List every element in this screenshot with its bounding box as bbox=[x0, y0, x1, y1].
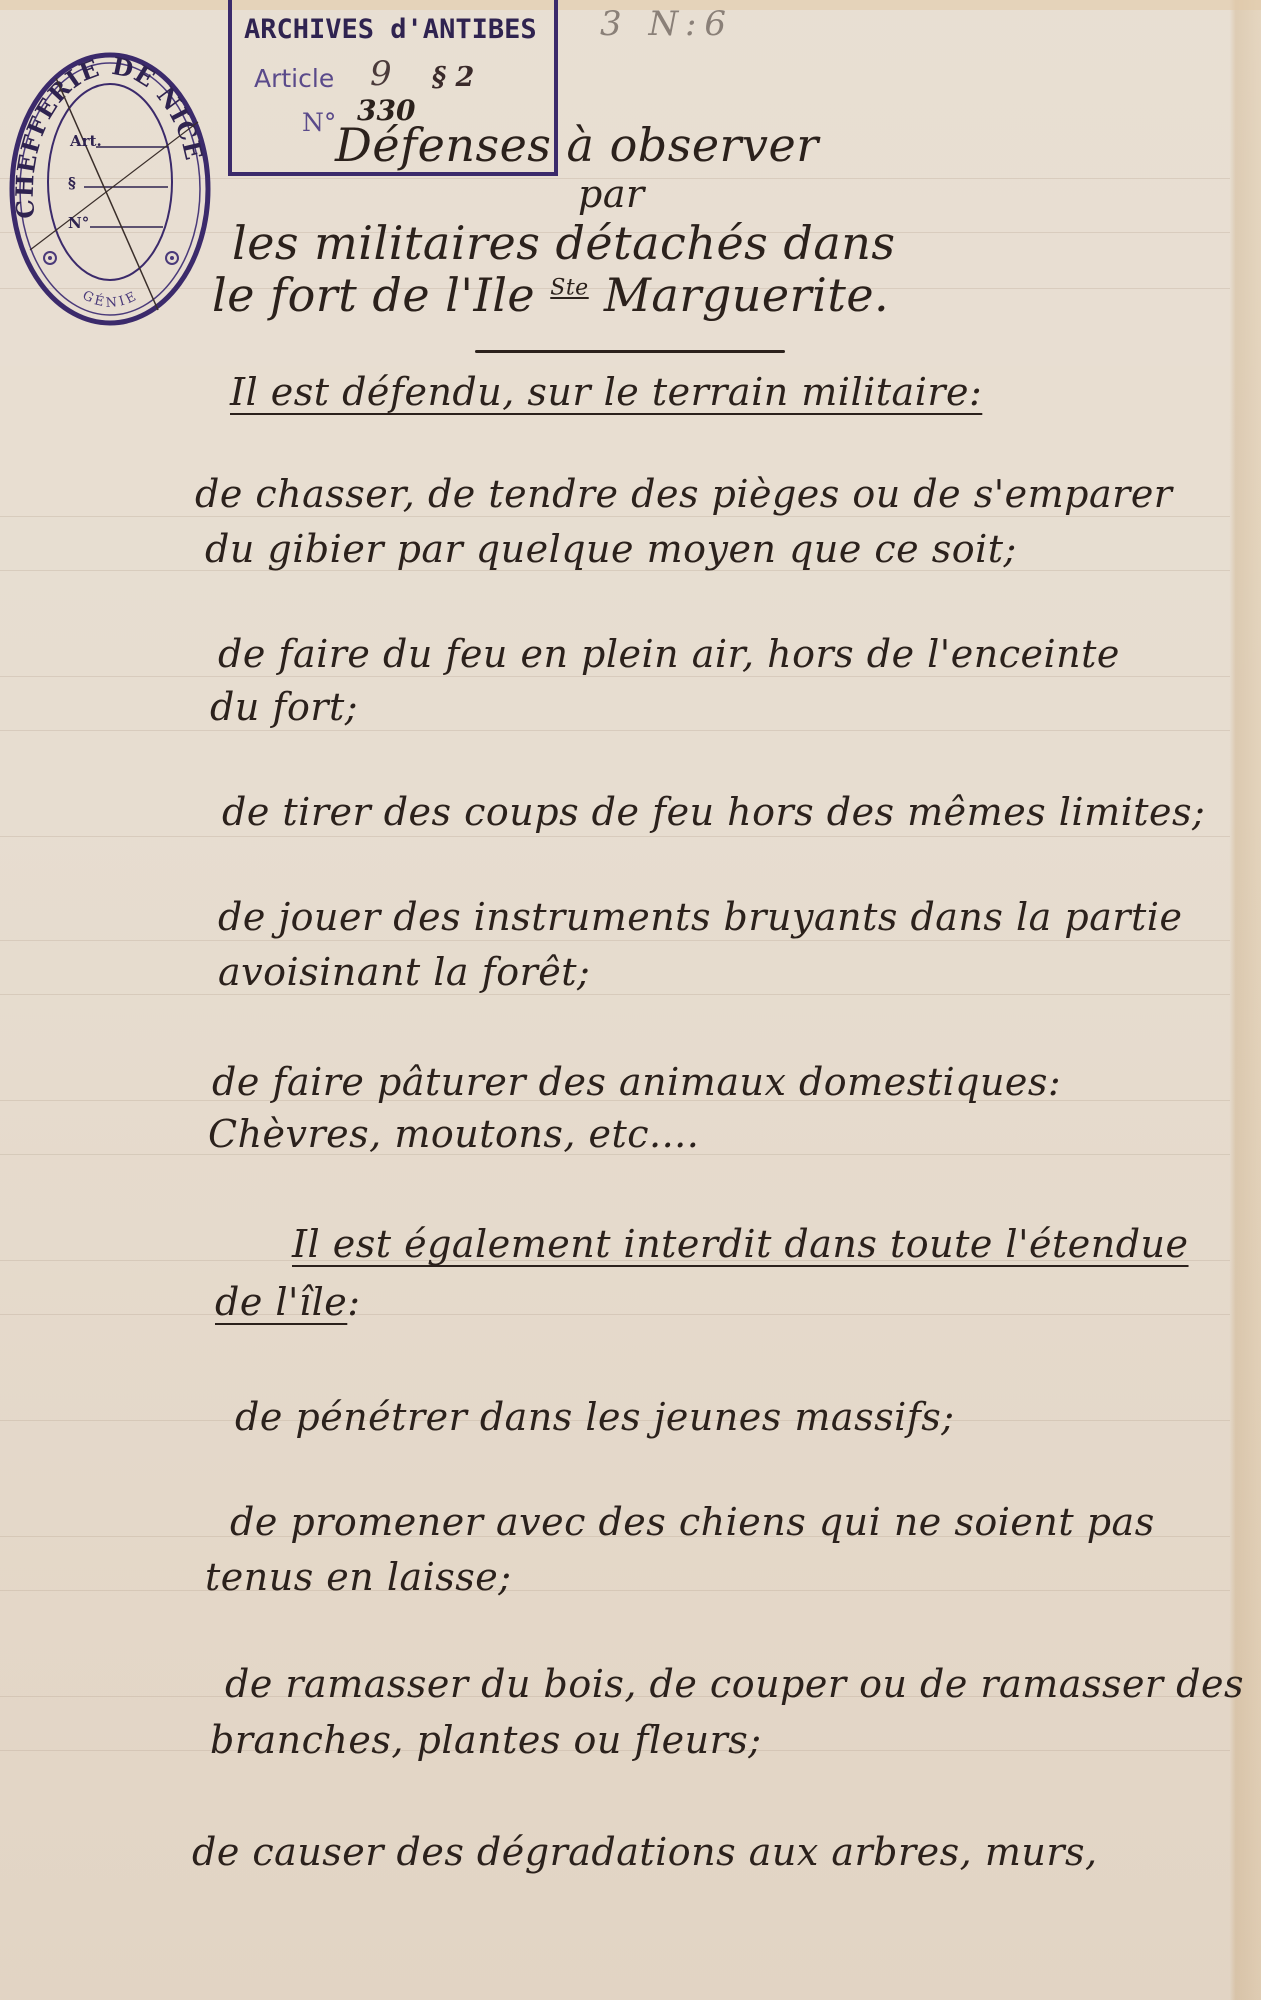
paragraph-sign: § bbox=[432, 62, 446, 93]
section-2-heading-line-2: de l'île: bbox=[215, 1280, 361, 1324]
title-line-2: par bbox=[578, 172, 645, 216]
section-1-item-5-line-2: Chèvres, moutons, etc.... bbox=[208, 1112, 699, 1156]
section-2-heading-line-1: Il est également interdit dans toute l'é… bbox=[292, 1222, 1189, 1266]
ruled-line bbox=[0, 836, 1230, 837]
ruled-line bbox=[0, 1314, 1230, 1315]
paragraph-value: 2 bbox=[456, 62, 475, 93]
archive-stamp-title: ARCHIVES d'ANTIBES bbox=[244, 14, 537, 45]
section-2-item-2-line-1: de promener avec des chiens qui ne soien… bbox=[230, 1500, 1155, 1544]
section-1-item-4-line-1: de jouer des instruments bruyants dans l… bbox=[218, 895, 1182, 939]
oval-field-paragraph: § bbox=[68, 174, 76, 192]
section-1-item-4-line-2: avoisinant la forêt; bbox=[218, 950, 590, 994]
section-1-item-2-line-1: de faire du feu en plein air, hors de l'… bbox=[218, 632, 1120, 676]
title-line-4: le fort de l'Ile Ste Marguerite. bbox=[212, 268, 889, 322]
title-line-1: Défenses à observer bbox=[335, 118, 819, 172]
pencil-annotation: 3 N:6 bbox=[600, 4, 734, 44]
section-1-item-5-line-1: de faire pâturer des animaux domestiques… bbox=[212, 1060, 1061, 1104]
section-2-item-1-line-1: de pénétrer dans les jeunes massifs; bbox=[235, 1395, 955, 1439]
title-separator bbox=[475, 350, 785, 353]
section-1-heading: Il est défendu, sur le terrain militaire… bbox=[230, 370, 982, 414]
oval-stamp-icon: CHEFFERIE DE NICE GÉNIE bbox=[8, 50, 213, 328]
archive-article-value: 9 bbox=[370, 54, 392, 94]
archive-number-label: N° bbox=[302, 108, 336, 137]
section-1-item-1-line-1: de chasser, de tendre des pièges ou de s… bbox=[195, 472, 1172, 516]
archive-paragraph: § 2 bbox=[432, 62, 474, 93]
genie-oval-stamp: CHEFFERIE DE NICE GÉNIE Art. § N° bbox=[8, 50, 213, 328]
ruled-line bbox=[0, 516, 1230, 517]
ruled-line bbox=[0, 676, 1230, 677]
section-2-item-2-line-2: tenus en laisse; bbox=[205, 1555, 512, 1599]
title-saint-abbrev: Ste bbox=[550, 276, 588, 301]
ruled-line bbox=[0, 730, 1230, 731]
section-1-item-2-line-2: du fort; bbox=[210, 685, 358, 729]
section-1-item-3-line-1: de tirer des coups de feu hors des mêmes… bbox=[222, 790, 1205, 834]
archive-article-label: Article bbox=[254, 64, 334, 93]
title-line-4-suffix: Marguerite. bbox=[604, 268, 889, 322]
section-1-item-1-line-2: du gibier par quelque moyen que ce soit; bbox=[205, 527, 1017, 571]
svg-text:CHEFFERIE DE NICE: CHEFFERIE DE NICE bbox=[10, 51, 209, 220]
ruled-line bbox=[0, 994, 1230, 995]
section-2-item-4-line-1: de causer des dégradations aux arbres, m… bbox=[192, 1830, 1098, 1874]
section-2-item-3-line-2: branches, plantes ou fleurs; bbox=[210, 1718, 762, 1762]
section-2-heading-colon: : bbox=[347, 1280, 360, 1324]
title-line-4-prefix: le fort de l'Ile bbox=[212, 268, 535, 322]
document-page: ARCHIVES d'ANTIBES Article 9 § 2 N° 330 … bbox=[0, 0, 1261, 2000]
oval-field-number: N° bbox=[68, 214, 89, 232]
svg-text:GÉNIE: GÉNIE bbox=[80, 288, 141, 311]
oval-field-art: Art. bbox=[70, 132, 102, 150]
section-2-item-3-line-1: de ramasser du bois, de couper ou de ram… bbox=[225, 1662, 1244, 1706]
ruled-line bbox=[0, 1590, 1230, 1591]
section-2-heading-underlined: de l'île bbox=[215, 1280, 347, 1324]
ruled-line bbox=[0, 940, 1230, 941]
title-line-3: les militaires détachés dans bbox=[232, 216, 896, 270]
